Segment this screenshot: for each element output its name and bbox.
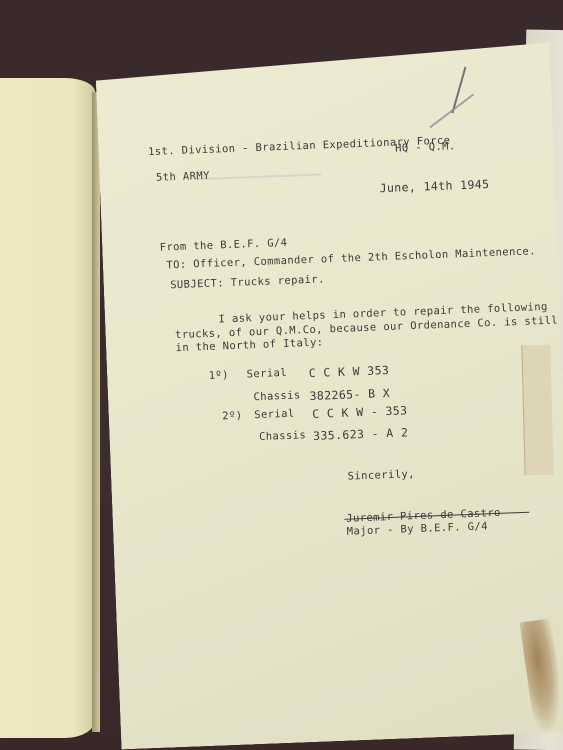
letter-text: 1st. Division - Brazilian Expeditionary … [0, 0, 563, 750]
item-1-chassis: 382265- B X [309, 386, 390, 403]
item-2-serial-label: Serial [254, 408, 295, 422]
item-2-number: 2º) [222, 410, 243, 423]
handwritten-stroke [429, 93, 474, 128]
item-2-chassis: 335.623 - A 2 [313, 425, 409, 443]
hq-label: HQ - Q.M. [395, 140, 456, 154]
subject-line: SUBJECT: Trucks repair. [170, 273, 325, 291]
item-1-chassis-label: Chassis [253, 389, 300, 403]
item-2-serial: C C K W - 353 [312, 403, 408, 421]
army-label: 5th ARMY [156, 170, 210, 184]
from-line: From the B.E.F. G/4 [160, 237, 288, 254]
item-2-chassis-label: Chassis [259, 429, 306, 443]
bleed-through-text [196, 173, 321, 180]
item-1-serial: C C K W 353 [308, 363, 389, 380]
closing: Sincerily, [347, 468, 415, 483]
item-1-number: 1º) [208, 369, 229, 382]
item-1-serial-label: Serial [246, 367, 287, 381]
letter-date: June, 14th 1945 [379, 177, 489, 195]
